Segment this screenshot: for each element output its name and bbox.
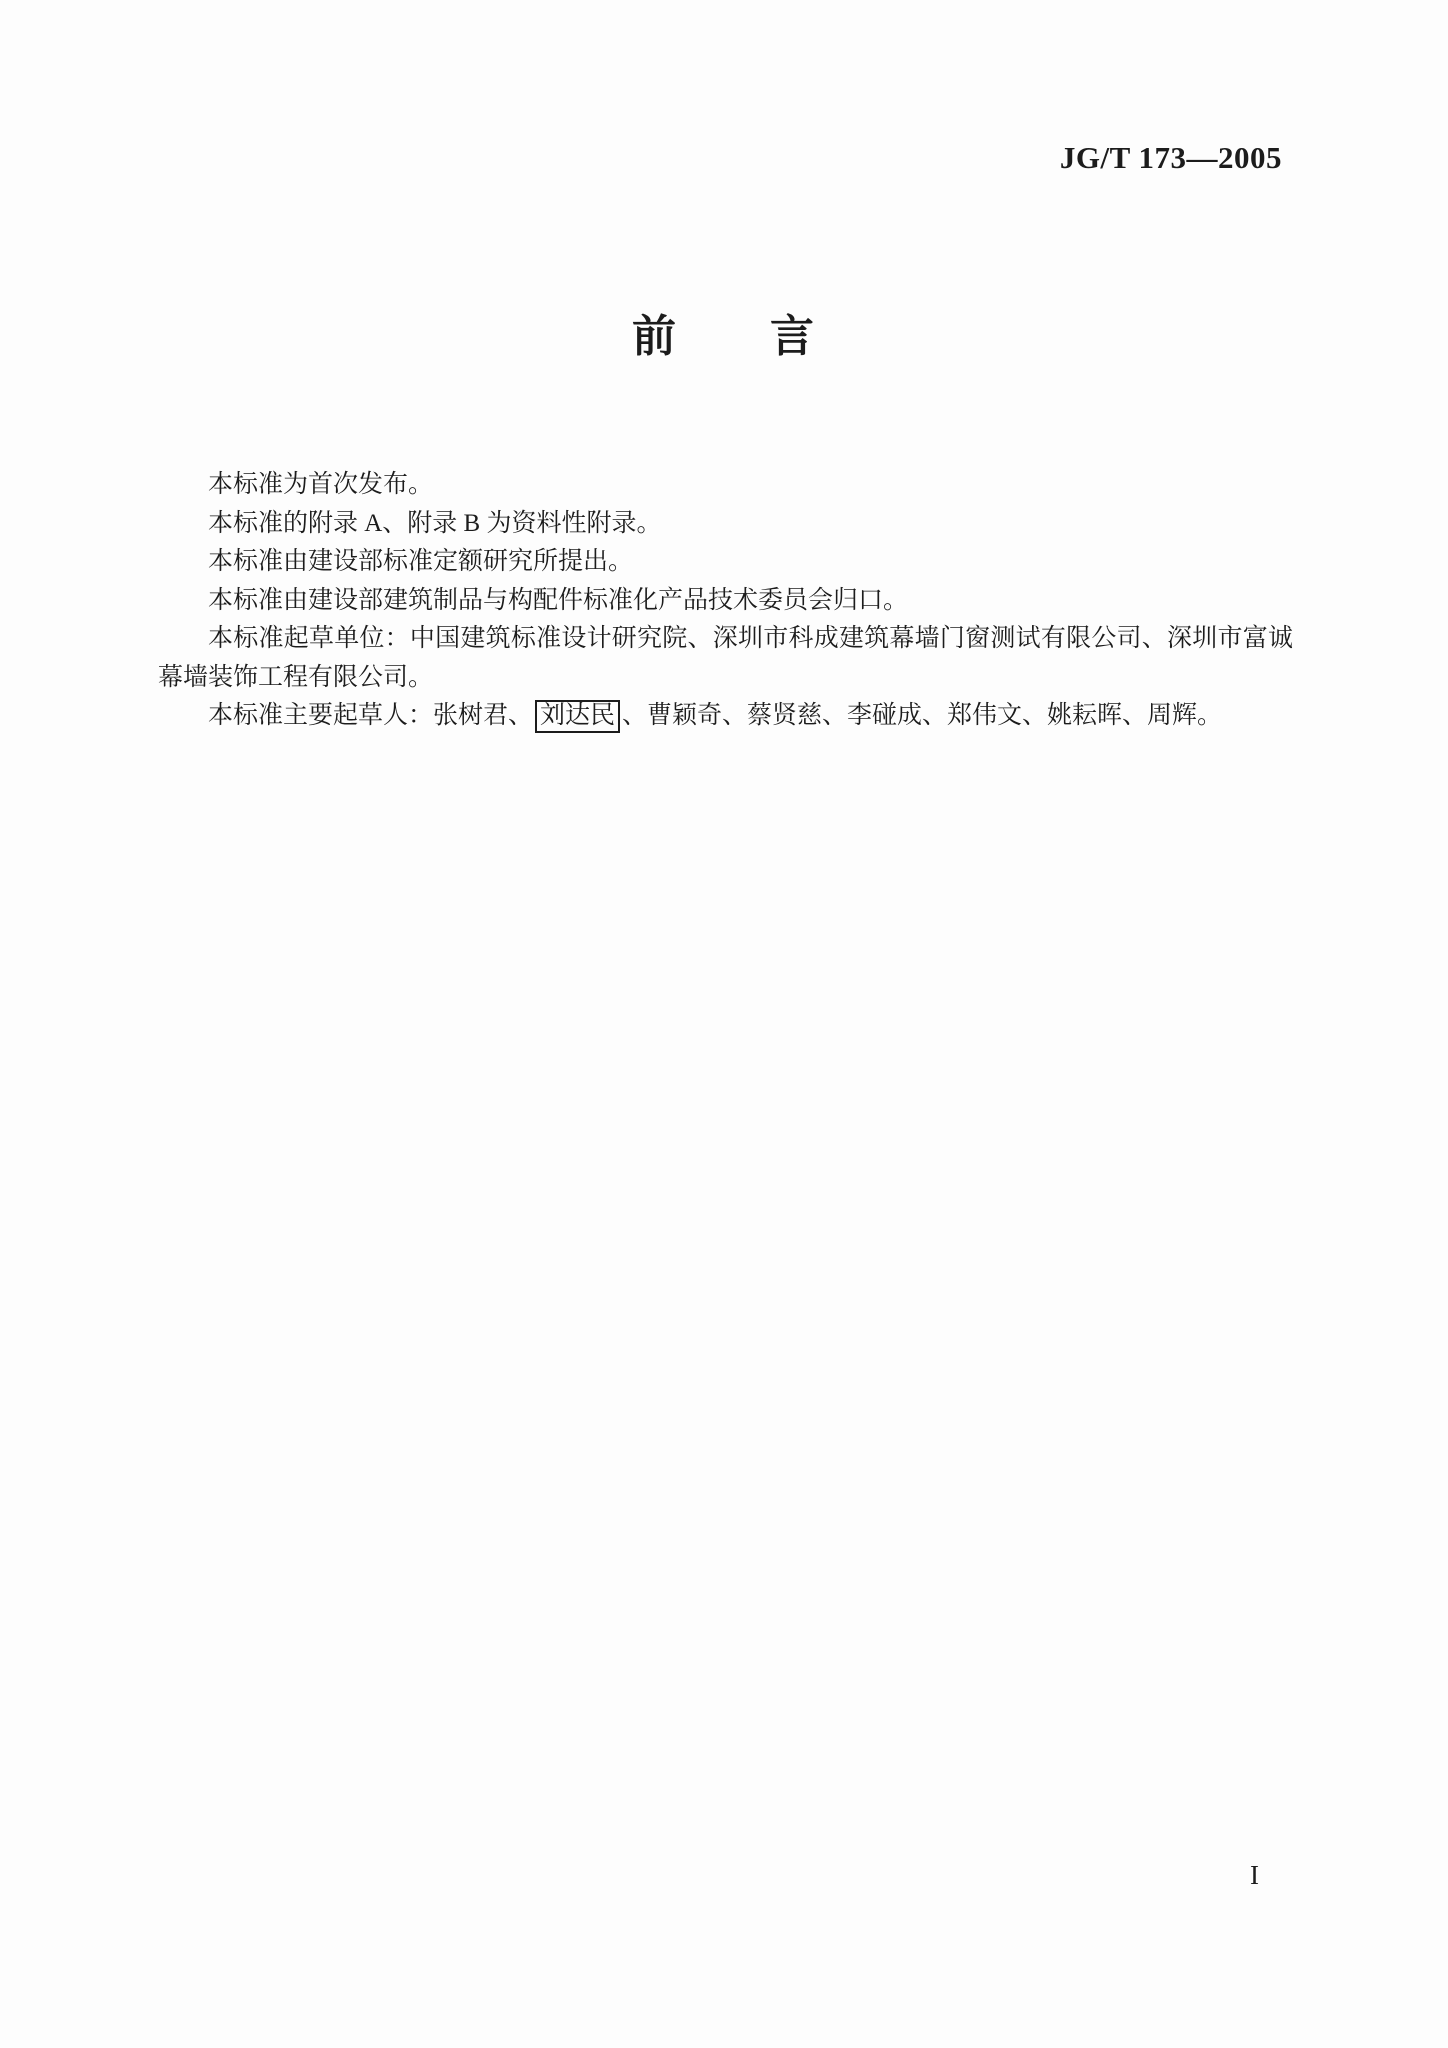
page-title: 前 言 xyxy=(0,300,1448,364)
paragraph-drafters: 本标准主要起草人：张树君、刘达民、曹颖奇、蔡贤慈、李碰成、郑伟文、姚耘晖、周辉。 xyxy=(158,697,1293,736)
paragraph-drafting-organizations: 本标准起草单位：中国建筑标准设计研究院、深圳市科成建筑幕墙门窗测试有限公司、深圳… xyxy=(158,620,1293,697)
paragraph-appendices: 本标准的附录 A、附录 B 为资料性附录。 xyxy=(158,505,1293,544)
page-number: I xyxy=(1250,1860,1259,1891)
paragraph-first-release: 本标准为首次发布。 xyxy=(158,466,1293,505)
drafter-boxed-name: 刘达民 xyxy=(535,700,620,733)
document-page: JG/T 173—2005 前 言 本标准为首次发布。 本标准的附录 A、附录 … xyxy=(0,0,1448,2048)
drafters-prefix: 本标准主要起草人：张树君、 xyxy=(208,702,533,729)
drafters-suffix: 、曹颖奇、蔡贤慈、李碰成、郑伟文、姚耘晖、周辉。 xyxy=(622,702,1222,729)
paragraph-proposed-by: 本标准由建设部标准定额研究所提出。 xyxy=(158,543,1293,582)
foreword-body: 本标准为首次发布。 本标准的附录 A、附录 B 为资料性附录。 本标准由建设部标… xyxy=(158,466,1293,736)
paragraph-centralized-by: 本标准由建设部建筑制品与构配件标准化产品技术委员会归口。 xyxy=(158,582,1293,621)
standard-code: JG/T 173—2005 xyxy=(1060,140,1282,176)
